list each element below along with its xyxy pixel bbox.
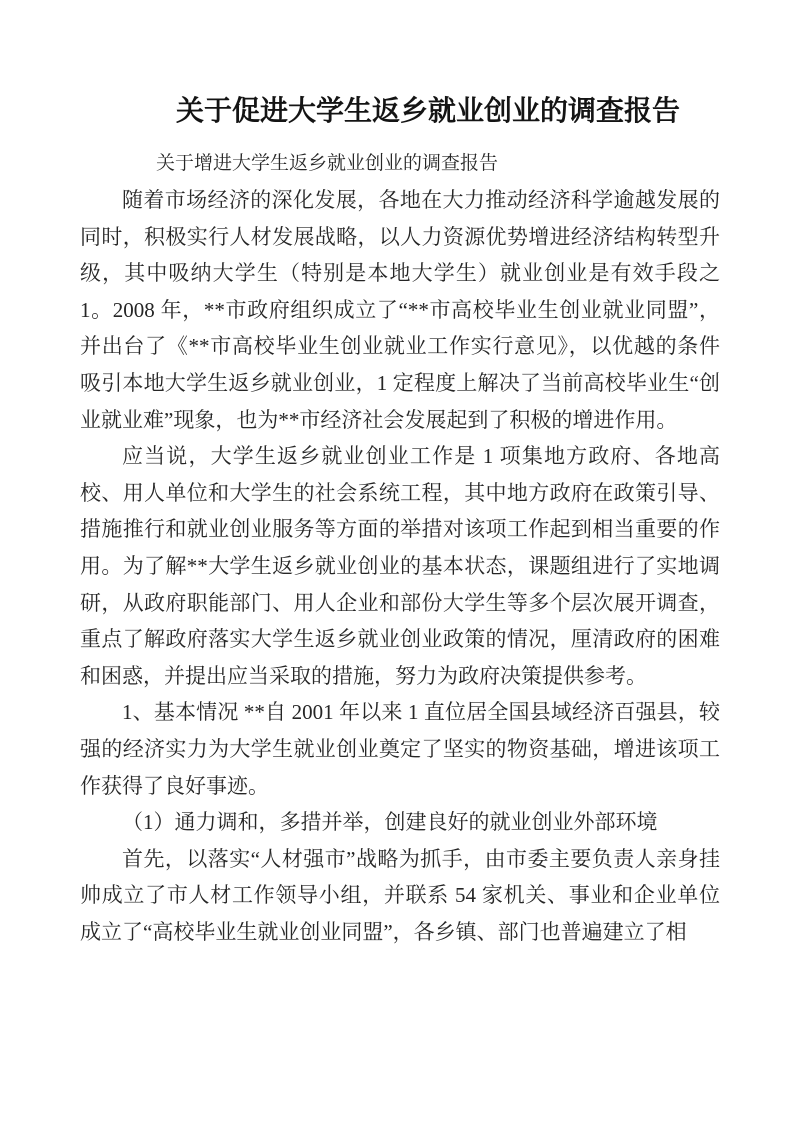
document-title: 关于促进大学生返乡就业创业的调查报告 [80, 92, 720, 132]
paragraph: 应当说，大学生返乡就业创业工作是 1 项集地方政府、各地高校、用人单位和大学生的… [80, 438, 720, 694]
document-page: 关于促进大学生返乡就业创业的调查报告 关于增进大学生返乡就业创业的调查报告 随着… [0, 0, 800, 1132]
paragraph: 1、基本情况 **自 2001 年以来 1 直位居全国县域经济百强县，较强的经济… [80, 694, 720, 804]
document-body: 随着市场经济的深化发展，各地在大力推动经济科学逾越发展的同时，积极实行人材发展战… [0, 182, 800, 950]
paragraph: （1）通力调和，多措并举，创建良好的就业创业外部环境 [80, 804, 720, 841]
paragraph: 首先，以落实“人材强市”战略为抓手，由市委主要负责人亲身挂帅成立了市人材工作领导… [80, 841, 720, 951]
paragraph: 随着市场经济的深化发展，各地在大力推动经济科学逾越发展的同时，积极实行人材发展战… [80, 182, 720, 438]
document-subtitle: 关于增进大学生返乡就业创业的调查报告 [80, 146, 720, 182]
